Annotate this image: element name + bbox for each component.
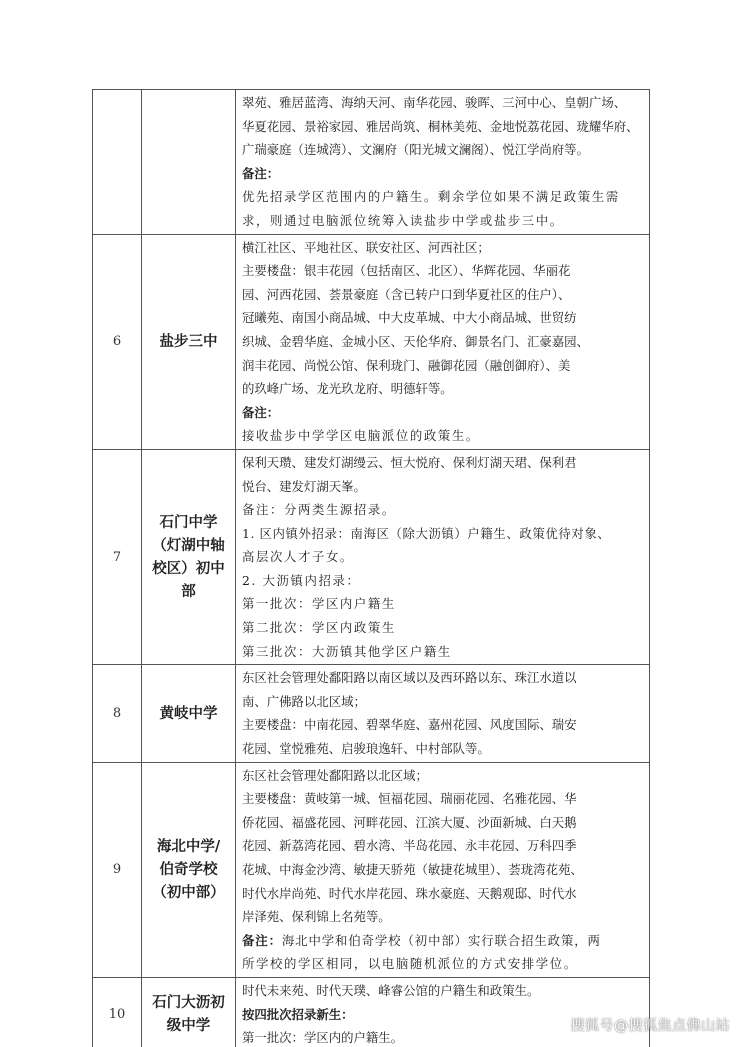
zone-line: 园、河西花园、荟景豪庭（含已转户口到华夏社区的住户）、 xyxy=(242,283,645,307)
note-label: 备注： xyxy=(242,401,645,425)
zone-cell: 东区社会管理处鄱阳路以南区域以及西环路以东、珠江水道以 南、广佛路以北区域； 主… xyxy=(236,665,650,762)
note-line: 1. 区内镇外招录：南海区（除大沥镇）户籍生、政策优待对象、 xyxy=(242,522,645,546)
zone-cell: 东区社会管理处鄱阳路以北区域； 主要楼盘：黄岐第一城、恒福花园、瑞丽花园、名雅花… xyxy=(236,762,650,977)
document-page: 翠苑、雅居蓝湾、海纳天河、南华花园、骏晖、三河中心、皇朝广场、 华夏花园、景裕家… xyxy=(0,0,740,1047)
note-line: 接收盐步中学学区电脑派位的政策生。 xyxy=(242,424,645,448)
zone-line: 冠曦苑、南国小商品城、中大皮革城、中大小商品城、世贸纺 xyxy=(242,306,645,330)
table-row: 10 石门大沥初 级中学 时代未来苑、时代天璞、峰睿公馆的户籍生和政策生。 按四… xyxy=(93,977,650,1047)
note-line: 2. 大沥镇内招录： xyxy=(242,569,645,593)
school-name-line: 级中学 xyxy=(142,1014,235,1037)
table-row: 翠苑、雅居蓝湾、海纳天河、南华花园、骏晖、三河中心、皇朝广场、 华夏花园、景裕家… xyxy=(93,90,650,235)
note-line: 备注：海北中学和伯奇学校（初中部）实行联合招生政策，两 xyxy=(242,929,645,953)
zone-line: 主要楼盘：黄岐第一城、恒福花园、瑞丽花园、名雅花园、华 xyxy=(242,787,645,811)
zone-line: 的玖峰广场、龙光玖龙府、明德轩等。 xyxy=(242,377,645,401)
zone-line: 时代水岸尚苑、时代水岸花园、珠水豪庭、天鹅观邸、时代水 xyxy=(242,882,645,906)
zone-cell: 时代未来苑、时代天璞、峰睿公馆的户籍生和政策生。 按四批次招录新生： 第一批次：… xyxy=(236,977,650,1047)
school-name-line: 部 xyxy=(142,580,235,603)
zone-line: 东区社会管理处鄱阳路以南区域以及西环路以东、珠江水道以 xyxy=(242,666,645,690)
note-line: 第一批次：学区内户籍生 xyxy=(242,592,645,616)
zone-line: 时代未来苑、时代天璞、峰睿公馆的户籍生和政策生。 xyxy=(242,979,645,1003)
table-row: 7 石门中学 （灯湖中轴 校区）初中 部 保利天瓒、建发灯湖缦云、恒大悦府、保利… xyxy=(93,449,650,664)
zone-line: 主要楼盘：银丰花园（包括南区、北区）、华辉花园、华丽花 xyxy=(242,259,645,283)
school-name-line: 石门大沥初 xyxy=(142,991,235,1014)
note-text: 海北中学和伯奇学校（初中部）实行联合招生政策，两 xyxy=(282,933,601,948)
school-name-cell xyxy=(142,90,236,235)
school-name-line: （灯湖中轴 xyxy=(142,534,235,557)
school-name-cell: 海北中学/ 伯奇学校 （初中部） xyxy=(142,762,236,977)
zone-line: 东区社会管理处鄱阳路以北区域； xyxy=(242,764,645,788)
zone-cell: 保利天瓒、建发灯湖缦云、恒大悦府、保利灯湖天珺、保利君 悦台、建发灯湖天峯。 备… xyxy=(236,449,650,664)
note-label: 备注： xyxy=(242,162,645,186)
note-line: 第三批次：大沥镇其他学区户籍生 xyxy=(242,640,645,664)
school-name-cell: 黄岐中学 xyxy=(142,665,236,762)
note-line: 第二批次：学区内政策生 xyxy=(242,616,645,640)
row-number-cell: 8 xyxy=(93,665,142,762)
school-name-cell: 石门大沥初 级中学 xyxy=(142,977,236,1047)
zone-line: 润丰花园、尚悦公馆、保利珑门、融御花园（融创御府）、美 xyxy=(242,354,645,378)
row-number-cell: 9 xyxy=(93,762,142,977)
note-line: 求，则通过电脑派位统筹入读盐步中学或盐步三中。 xyxy=(242,209,645,233)
zone-line: 南、广佛路以北区域； xyxy=(242,690,645,714)
zone-line: 翠苑、雅居蓝湾、海纳天河、南华花园、骏晖、三河中心、皇朝广场、 xyxy=(242,91,645,115)
row-number-cell: 6 xyxy=(93,234,142,449)
zone-cell: 横江社区、平地社区、联安社区、河西社区； 主要楼盘：银丰花园（包括南区、北区）、… xyxy=(236,234,650,449)
school-name-cell: 盐步三中 xyxy=(142,234,236,449)
zone-line: 广瑞豪庭（连城湾）、文澜府（阳光城文澜阁）、悦江学尚府等。 xyxy=(242,138,645,162)
school-zone-table: 翠苑、雅居蓝湾、海纳天河、南华花园、骏晖、三河中心、皇朝广场、 华夏花园、景裕家… xyxy=(92,89,650,1047)
school-name-line: 海北中学/ xyxy=(142,835,235,858)
zone-line: 保利天瓒、建发灯湖缦云、恒大悦府、保利灯湖天珺、保利君 xyxy=(242,451,645,475)
zone-line: 岸泽苑、保利锦上名苑等。 xyxy=(242,905,645,929)
row-number-cell: 7 xyxy=(93,449,142,664)
row-number-cell xyxy=(93,90,142,235)
zone-line: 花园、新荔湾花园、碧水湾、半岛花园、永丰花园、万科四季 xyxy=(242,834,645,858)
zone-line: 花园、堂悦雅苑、启骏琅逸轩、中村部队等。 xyxy=(242,737,645,761)
zone-line: 悦台、建发灯湖天峯。 xyxy=(242,475,645,499)
note-line: 高层次人才子女。 xyxy=(242,545,645,569)
note-line: 所学校的学区相同，以电脑随机派位的方式安排学位。 xyxy=(242,952,645,976)
zone-line: 织城、金碧华庭、金城小区、天伦华府、御景名门、汇豪嘉园、 xyxy=(242,330,645,354)
zone-line: 华夏花园、景裕家园、雅居尚筑、桐林美苑、金地悦荔花园、珑耀华府、 xyxy=(242,115,645,139)
note-line: 备注：分两类生源招录。 xyxy=(242,498,645,522)
watermark: 搜狐号@搜狐焦点佛山站 xyxy=(571,1015,731,1035)
table-row: 9 海北中学/ 伯奇学校 （初中部） 东区社会管理处鄱阳路以北区域； 主要楼盘：… xyxy=(93,762,650,977)
school-name-line: （初中部） xyxy=(142,881,235,904)
school-name-line: 石门中学 xyxy=(142,511,235,534)
row-number-cell: 10 xyxy=(93,977,142,1047)
note-label: 备注： xyxy=(242,933,282,948)
zone-line: 横江社区、平地社区、联安社区、河西社区； xyxy=(242,236,645,260)
zone-line: 主要楼盘：中南花园、碧翠华庭、嘉州花园、风度国际、瑞安 xyxy=(242,713,645,737)
note-line: 优先招录学区范围内的户籍生。剩余学位如果不满足政策生需 xyxy=(242,185,645,209)
school-name-line: 校区）初中 xyxy=(142,557,235,580)
school-name-line: 伯奇学校 xyxy=(142,858,235,881)
table-row: 6 盐步三中 横江社区、平地社区、联安社区、河西社区； 主要楼盘：银丰花园（包括… xyxy=(93,234,650,449)
table-row: 8 黄岐中学 东区社会管理处鄱阳路以南区域以及西环路以东、珠江水道以 南、广佛路… xyxy=(93,665,650,762)
zone-line: 侨花园、福盛花园、河畔花园、江滨大厦、沙面新城、白天鹅 xyxy=(242,811,645,835)
zone-line: 花城、中海金沙湾、敏捷天骄苑（敏捷花城里）、荟珑湾花苑、 xyxy=(242,858,645,882)
zone-cell: 翠苑、雅居蓝湾、海纳天河、南华花园、骏晖、三河中心、皇朝广场、 华夏花园、景裕家… xyxy=(236,90,650,235)
school-name-cell: 石门中学 （灯湖中轴 校区）初中 部 xyxy=(142,449,236,664)
